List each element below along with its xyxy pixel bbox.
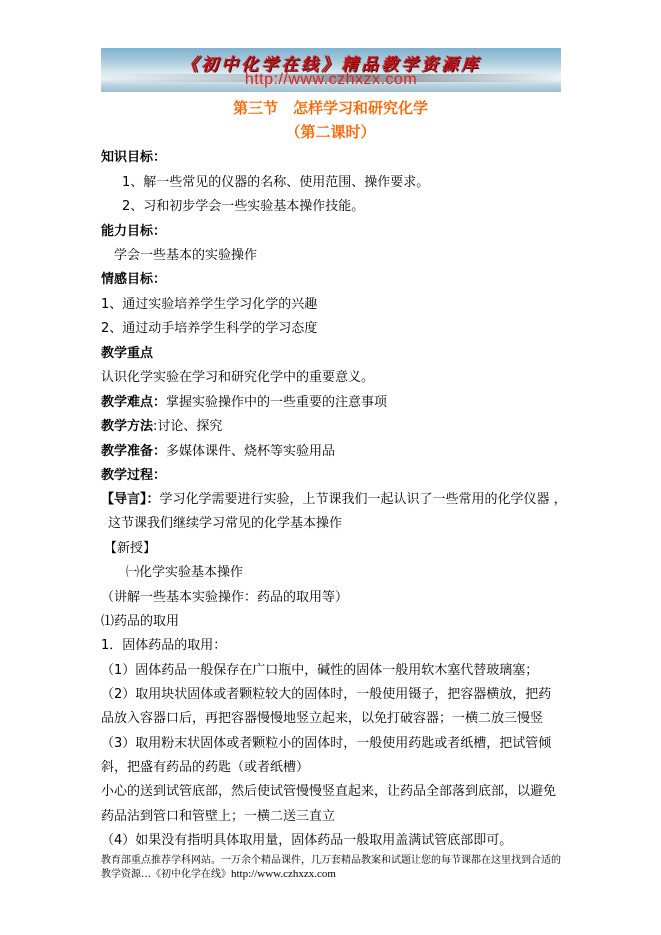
preparation-row: 教学准备：多媒体课件、烧杯等实验用品 <box>101 444 335 460</box>
paragraph-line: （2）取用块状固体或者颗粒较大的固体时，一般使用镊子，把容器横放，把药 <box>101 687 551 703</box>
knowledge-goal-item: 2、习和初步学会一些实验基本操作技能。 <box>122 199 364 215</box>
banner-image: 《初中化学在线》精品教学资源库 http://www.czhxzx.com <box>101 48 561 92</box>
ability-goal-text: 学会一些基本的实验操作 <box>114 248 257 264</box>
difficulties-label: 教学难点： <box>101 395 166 410</box>
preparation-text: 多媒体课件、烧杯等实验用品 <box>166 444 335 459</box>
paragraph-line: （3）取用粉末状固体或者颗粒小的固体时，一般使用药匙或者纸槽，把试管倾 <box>101 736 551 752</box>
key-points-heading: 教学重点 <box>101 346 153 362</box>
footer-url-link[interactable]: http://www.czhxzx.com <box>231 868 336 880</box>
difficulties-row: 教学难点：掌握实验操作中的一些重要的注意事项 <box>101 395 387 411</box>
difficulties-text: 掌握实验操作中的一些重要的注意事项 <box>166 395 387 410</box>
section-heading: ㈠化学实验基本操作 <box>126 565 243 581</box>
process-heading: 教学过程： <box>101 468 166 484</box>
methods-label: 教学方法 <box>101 419 153 434</box>
intro-row: 【导言】：学习化学需要进行实验，上节课我们一起认识了一些常用的化学仪器 ， <box>101 492 567 508</box>
paragraph-line: 斜，把盛有药品的药匙（或者纸槽） <box>101 760 309 776</box>
paragraph-line: （4）如果没有指明具体取用量，固体药品一般取用盖满试管底部即可。 <box>101 833 512 849</box>
preparation-label: 教学准备： <box>101 444 166 459</box>
knowledge-goal-item: 1、解一些常见的仪器的名称、使用范围、操作要求。 <box>122 175 429 191</box>
methods-row: 教学方法:讨论、探究 <box>101 419 222 435</box>
banner-url: http://www.czhxzx.com <box>101 71 561 89</box>
emotion-goals-heading: 情感目标： <box>101 272 166 288</box>
paragraph-line: （1）固体药品一般保存在广口瓶中，碱性的固体一般用软木塞代替玻璃塞； <box>101 663 538 679</box>
footer-promo: 教育部重点推荐学科网站。一万余个精品课件，几万套精品教案和试题让您的每节课都在这… <box>101 854 561 867</box>
ability-goals-heading: 能力目标： <box>101 224 166 240</box>
page-subtitle: （第二课时） <box>0 121 661 142</box>
page-title: 第三节 怎样学习和研究化学 <box>0 97 661 118</box>
section-note: （讲解一些基本实验操作：药品的取用等） <box>101 590 348 606</box>
intro-text: 学习化学需要进行实验，上节课我们一起认识了一些常用的化学仪器 ， <box>160 492 567 507</box>
footer-promo-text: 教学资源…《初中化学在线》 <box>101 869 231 880</box>
paragraph-line: 小心的送到试管底部，然后使试管慢慢竖直起来，让药品全部落到底部，以避免 <box>101 784 556 800</box>
knowledge-goals-heading: 知识目标： <box>101 150 166 166</box>
methods-text: :讨论、探究 <box>153 419 222 434</box>
point-heading: 1．固体药品的取用： <box>101 638 226 654</box>
footer-promo-cont: 教学资源…《初中化学在线》http://www.czhxzx.com <box>101 868 336 881</box>
paragraph-line: 药品沾到管口和管壁上；一横二送三直立 <box>101 809 335 825</box>
subsection-heading: ⑴药品的取用 <box>101 614 179 630</box>
intro-label: 【导言】： <box>101 492 160 507</box>
new-lesson-label: 【新授】 <box>104 541 156 557</box>
intro-text-cont: 这节课我们继续学习常见的化学基本操作 <box>108 516 342 532</box>
key-points-text: 认识化学实验在学习和研究化学中的重要意义。 <box>101 370 374 386</box>
paragraph-line: 品放入容器口后，再把容器慢慢地竖立起来，以免打破容器；一横二放三慢竖 <box>101 711 543 727</box>
emotion-goal-item: 2、通过动手培养学生科学的学习态度 <box>101 321 317 337</box>
emotion-goal-item: 1、通过实验培养学生学习化学的兴趣 <box>101 297 317 313</box>
